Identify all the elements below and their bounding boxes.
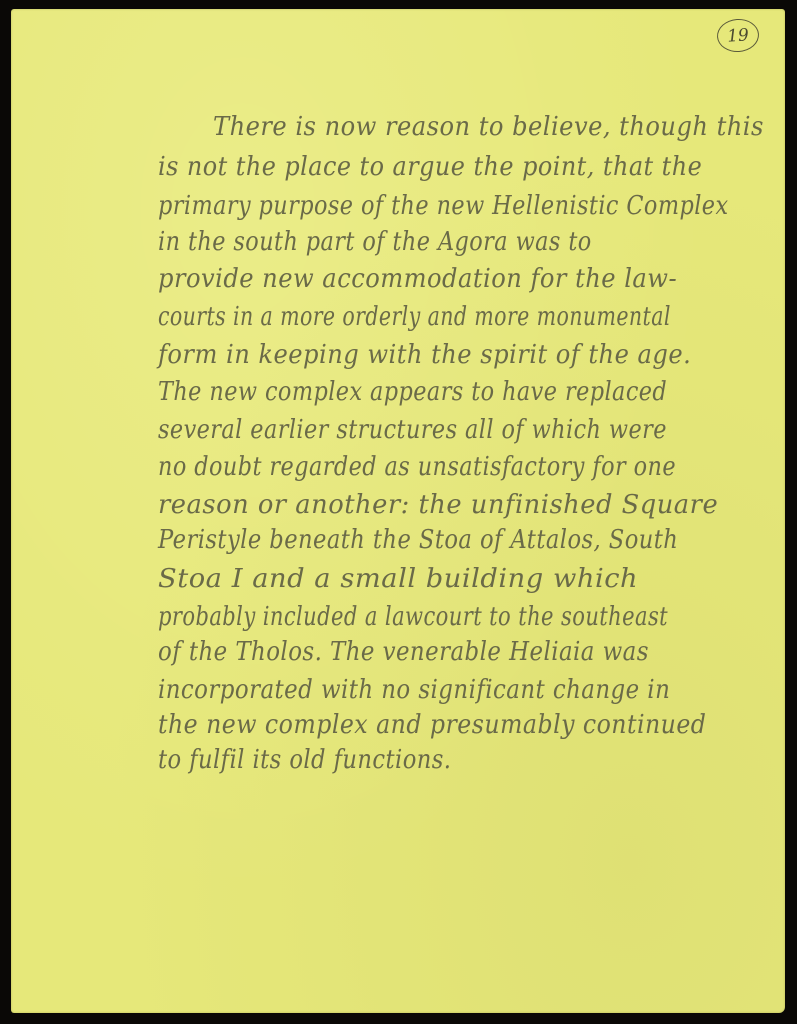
text-line: several earlier structures all of which … <box>158 415 667 445</box>
text-line: Stoa I and a small building which <box>158 564 638 594</box>
text-line: reason or another: the unfinished Square <box>158 490 718 520</box>
text-line: is not the place to argue the point, tha… <box>158 152 702 182</box>
text-line: primary purpose of the new Hellenistic C… <box>158 191 728 221</box>
text-line: form in keeping with the spirit of the a… <box>158 340 691 370</box>
text-line: provide new accommodation for the law- <box>158 264 677 294</box>
text-line: the new complex and presumably continued <box>158 710 706 740</box>
page-number: 19 <box>727 25 750 46</box>
text-line: no doubt regarded as unsatisfactory for … <box>158 452 676 482</box>
text-line: There is now reason to believe, though t… <box>213 112 764 142</box>
text-line: courts in a more orderly and more monume… <box>158 302 671 332</box>
text-line: of the Tholos. The venerable Heliaia was <box>158 637 649 667</box>
text-line: The new complex appears to have replaced <box>158 377 667 407</box>
text-line: Peristyle beneath the Stoa of Attalos, S… <box>158 525 678 555</box>
text-line: to fulfil its old functions. <box>158 745 451 775</box>
text-line: probably included a lawcourt to the sout… <box>158 602 668 632</box>
text-line: in the south part of the Agora was to <box>158 227 592 257</box>
page-number-circle: 19 <box>716 18 760 54</box>
text-line: incorporated with no significant change … <box>158 675 670 705</box>
manuscript-page: 19 There is now reason to believe, thoug… <box>11 9 785 1013</box>
